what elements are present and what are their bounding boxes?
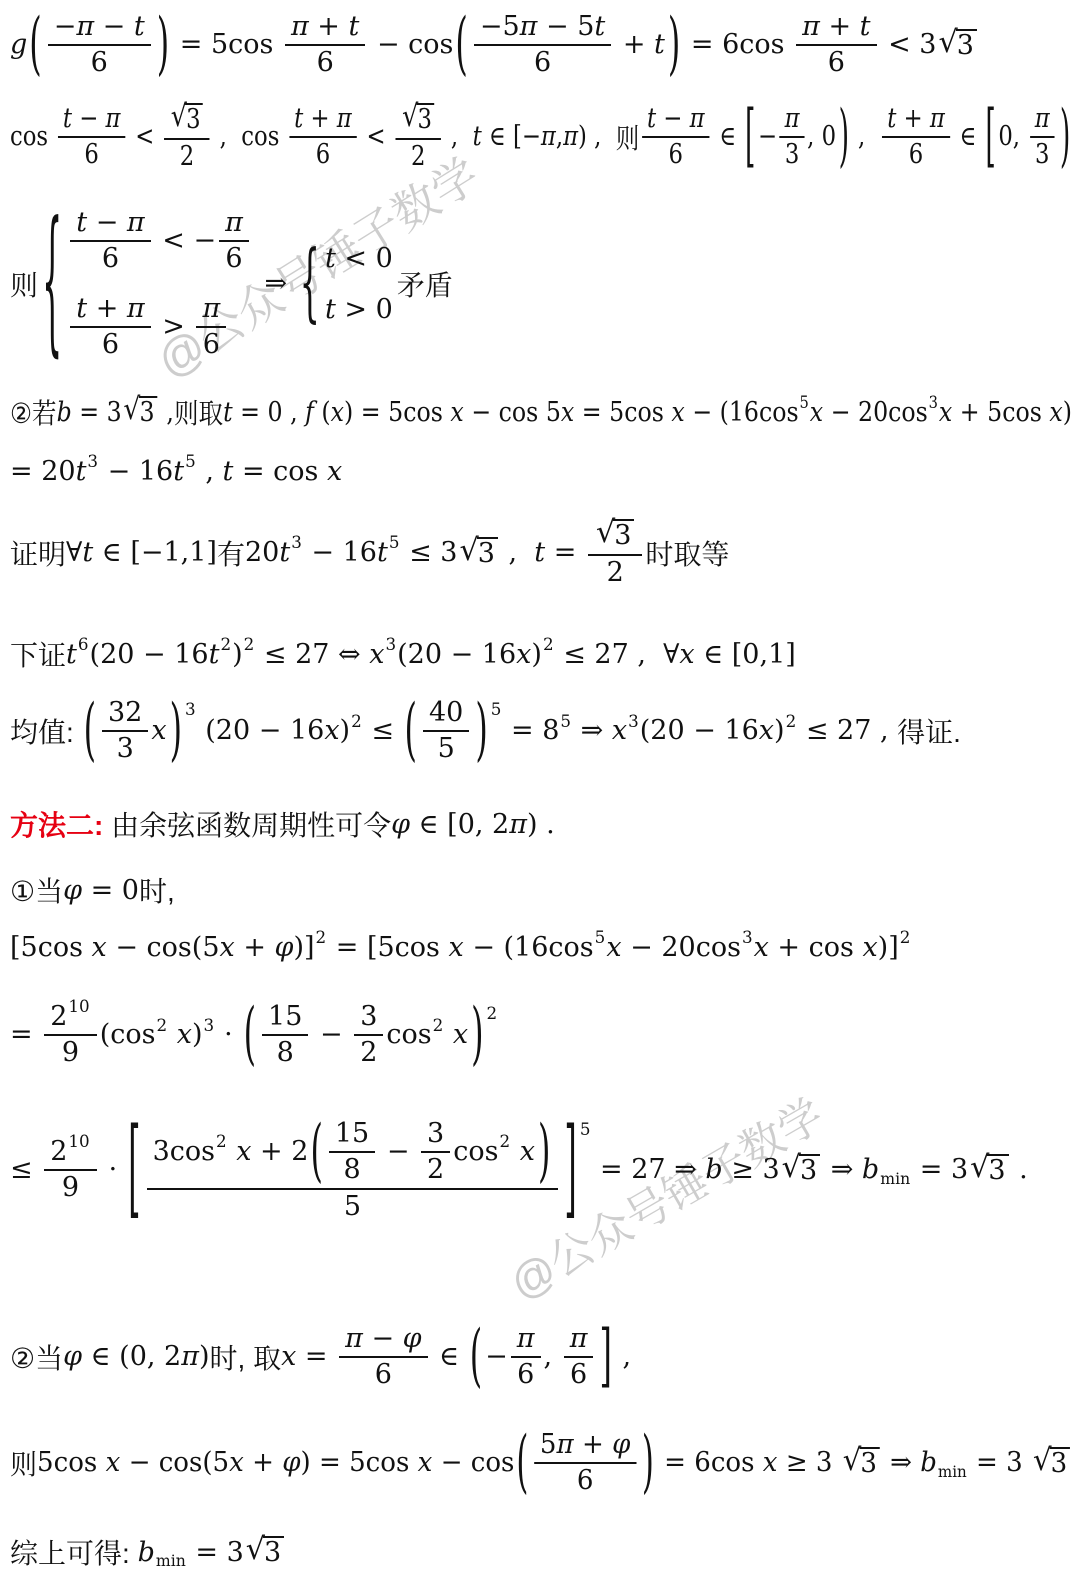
math-text: 32 bbox=[108, 699, 142, 727]
math-text: 2 bbox=[786, 711, 797, 731]
math-text: ) bbox=[199, 1341, 210, 1372]
fraction: 158 bbox=[329, 1119, 375, 1185]
superscript: 5 bbox=[580, 1119, 591, 1139]
numerator: 15 bbox=[262, 1002, 308, 1036]
math-text: 3 bbox=[427, 1120, 444, 1148]
math-text: 10 bbox=[68, 998, 89, 1016]
line-6: 证明∀t ∈ [−1,1]有20t3 − 16t5 ≤ 3√3 , t = √3… bbox=[10, 518, 729, 587]
math-variable: x bbox=[327, 456, 342, 487]
cases-group: {t < 0t > 0 bbox=[300, 243, 393, 325]
fraction: π6 bbox=[564, 1324, 594, 1390]
line-5: = 20t3 − 16t5 , t = cos x bbox=[10, 456, 342, 487]
fraction: π + t6 bbox=[796, 12, 876, 78]
superscript: 10 bbox=[68, 1133, 89, 1151]
math-text: ) bbox=[232, 639, 243, 670]
square-root: √3 bbox=[1033, 1447, 1070, 1479]
denominator: 5 bbox=[338, 1190, 367, 1221]
math-text: ≤ bbox=[363, 715, 403, 746]
cases-row: t > 0 bbox=[325, 294, 393, 325]
math-text: ) bbox=[340, 715, 351, 746]
math-variable: x bbox=[810, 397, 823, 428]
math-variable: x bbox=[324, 715, 339, 746]
math-text: [5cos bbox=[10, 932, 92, 963]
denominator: 6 bbox=[85, 46, 114, 77]
math-variable: x bbox=[671, 397, 684, 428]
math-text: 2 bbox=[360, 1039, 377, 1067]
math-text: (20 − 16 bbox=[197, 715, 325, 746]
numerator: π bbox=[511, 1324, 541, 1358]
math-variable: b bbox=[862, 1154, 879, 1185]
math-text: 3 bbox=[185, 699, 196, 719]
superscript: 2 bbox=[216, 1133, 227, 1151]
math-text: (cos bbox=[100, 1019, 156, 1050]
math-text: − (16cos bbox=[685, 397, 799, 428]
chinese-text: 有 bbox=[217, 533, 245, 573]
chinese-text: 均值: bbox=[10, 711, 82, 751]
radicand: 3 bbox=[139, 396, 158, 428]
math-text: + bbox=[574, 1431, 612, 1459]
numerator: π bbox=[564, 1324, 594, 1358]
math-variable: g bbox=[10, 29, 27, 60]
square-root: √3 bbox=[123, 396, 157, 428]
superscript: 2 bbox=[900, 927, 911, 947]
fraction: 2109 bbox=[44, 1137, 96, 1203]
fraction: 2109 bbox=[44, 1002, 96, 1068]
radicand: 3 bbox=[613, 519, 634, 551]
denominator: 3 bbox=[111, 732, 140, 763]
math-variable: t bbox=[325, 294, 336, 325]
math-variable: b bbox=[138, 1537, 155, 1568]
math-variable: x bbox=[520, 1138, 535, 1166]
bracket-group: (−π6, π6] bbox=[470, 1324, 612, 1390]
math-text: 3 bbox=[1035, 141, 1049, 169]
math-text: ) bbox=[192, 1019, 203, 1050]
math-text: 15 bbox=[335, 1120, 369, 1148]
math-text: ≤ 27 , bbox=[797, 715, 897, 746]
superscript: 2 bbox=[351, 711, 362, 731]
chinese-text: 时, 取 bbox=[210, 1337, 282, 1377]
math-text: ) = 5cos bbox=[300, 1447, 417, 1478]
square-root: √3 bbox=[843, 1447, 880, 1479]
math-text: ⇒ bbox=[822, 1154, 862, 1185]
math-text: 3 bbox=[614, 521, 631, 551]
math-variable: t bbox=[173, 456, 184, 487]
open-bracket: [ bbox=[745, 102, 755, 170]
math-text bbox=[444, 1019, 453, 1050]
open-bracket: ( bbox=[84, 697, 96, 765]
denominator: 6 bbox=[369, 1358, 398, 1389]
math-text: − cos 5 bbox=[464, 397, 561, 428]
math-variable: t bbox=[279, 537, 290, 568]
numerator: 3cos2 x + 2(158 − 32cos2 x) bbox=[147, 1118, 559, 1190]
math-variable: t bbox=[76, 456, 87, 487]
radicand: 3 bbox=[263, 1536, 284, 1568]
math-variable: π bbox=[520, 13, 538, 41]
denominator: 2 bbox=[406, 140, 431, 171]
numerator: 210 bbox=[44, 1002, 96, 1036]
math-variable: φ bbox=[275, 932, 294, 963]
math-text: ≤ 27 , ∀ bbox=[555, 639, 680, 670]
fraction: t − π6 bbox=[58, 104, 126, 170]
subscript: min bbox=[938, 1462, 967, 1481]
chinese-text: 时, bbox=[139, 870, 175, 910]
superscript: 6 bbox=[78, 634, 89, 654]
math-text: , bbox=[500, 537, 534, 568]
line-4: ②若b = 3√3 ,则取t = 0 , f (x) = 5cos x − co… bbox=[10, 392, 1072, 432]
math-variable: x bbox=[331, 397, 344, 428]
math-variable: t bbox=[82, 537, 93, 568]
bracket-group: (323x) bbox=[84, 698, 182, 764]
math-text: − cos(5 bbox=[107, 932, 220, 963]
superscript: 3 bbox=[291, 532, 302, 552]
open-bracket: ( bbox=[455, 11, 467, 79]
math-text: 3 bbox=[785, 141, 799, 169]
fraction: √32 bbox=[164, 102, 210, 171]
denominator: 6 bbox=[564, 1358, 593, 1389]
numerator: t − π bbox=[642, 104, 710, 138]
fraction: 32 bbox=[354, 1002, 383, 1068]
denominator: 6 bbox=[96, 328, 125, 359]
math-text: ∈ [−1,1] bbox=[93, 537, 217, 568]
radicand: 3 bbox=[477, 537, 498, 569]
math-text: 3 bbox=[742, 927, 753, 947]
math-variable: π + t bbox=[291, 13, 359, 41]
bracket-group: (−5π − 5t6 + t) bbox=[455, 12, 680, 78]
numerator: π bbox=[780, 104, 805, 138]
open-bracket: ( bbox=[244, 1001, 256, 1069]
math-text: 3 bbox=[87, 451, 98, 471]
chinese-text: 则 bbox=[616, 117, 640, 157]
numerator: −π − t bbox=[48, 12, 151, 46]
math-variable: π bbox=[202, 295, 220, 323]
denominator: 6 bbox=[219, 242, 248, 273]
math-text: 0, bbox=[998, 121, 1027, 152]
bracket-group: [−π3, 0) bbox=[745, 104, 849, 170]
open-bracket: ( bbox=[310, 1118, 322, 1186]
math-variable: t bbox=[223, 397, 233, 428]
math-text: − bbox=[311, 1019, 351, 1050]
close-bracket: ) bbox=[839, 102, 849, 170]
cases-row: t − π6 < −π6 bbox=[67, 208, 252, 274]
math-text: 10 bbox=[68, 1133, 89, 1151]
math-variable: x bbox=[606, 932, 621, 963]
math-variable: x bbox=[449, 932, 464, 963]
math-variable: t bbox=[534, 537, 545, 568]
math-text: −5 bbox=[480, 13, 520, 41]
math-text: + cos bbox=[769, 932, 863, 963]
fraction: −π − t6 bbox=[48, 12, 151, 78]
bracket-content: 0, π3 bbox=[996, 104, 1060, 170]
open-bracket: ( bbox=[516, 1429, 528, 1497]
math-variable: x bbox=[418, 1447, 433, 1478]
math-text: 6 bbox=[78, 634, 89, 654]
math-text: = bbox=[545, 537, 585, 568]
square-root: √3 bbox=[246, 1536, 284, 1568]
numerator: 40 bbox=[423, 698, 469, 732]
numerator: t − π bbox=[70, 208, 150, 242]
math-text: = 3 bbox=[968, 1447, 1031, 1478]
math-variable: π + t bbox=[802, 13, 870, 41]
math-variable: x bbox=[92, 932, 107, 963]
math-variable: t bbox=[209, 639, 220, 670]
line-3: 则{t − π6 < −π6t + π6 > π6 ⇒ {t < 0t > 0矛… bbox=[10, 208, 453, 359]
math-text: 3 bbox=[291, 532, 302, 552]
math-text: ≥ 3 bbox=[778, 1447, 841, 1478]
bracket-content: 3cos2 x + 2(158 − 32cos2 x)5 bbox=[141, 1118, 565, 1221]
line-11: [5cos x − cos(5x + φ)]2 = [5cos x − (16c… bbox=[10, 932, 911, 963]
radicand: 3 bbox=[859, 1447, 879, 1479]
math-text: = 27 ⇒ bbox=[591, 1154, 705, 1185]
superscript: 5 bbox=[800, 392, 809, 412]
math-text: + bbox=[614, 29, 654, 60]
fraction: t + π6 bbox=[882, 104, 950, 170]
math-text: , bbox=[159, 397, 174, 428]
close-bracket: ) bbox=[170, 697, 182, 765]
math-text: = 3 bbox=[187, 1537, 244, 1568]
bracket-content: −5π − 5t6 + t bbox=[468, 12, 668, 78]
line-14: ②当φ ∈ (0, 2π)时, 取x = π − φ6 ∈ (−π6, π6] … bbox=[10, 1324, 631, 1390]
math-text: (20 − 16 bbox=[90, 639, 209, 670]
math-text bbox=[228, 1138, 237, 1166]
numerator: 3 bbox=[354, 1002, 383, 1036]
chinese-text: 得证. bbox=[897, 711, 961, 751]
superscript: 2 bbox=[487, 1003, 498, 1023]
math-text: = 6cos bbox=[656, 1447, 763, 1478]
line-9: 方法二: 由余弦函数周期性可令φ ∈ [0, 2π) . bbox=[10, 804, 555, 844]
fraction: π6 bbox=[219, 208, 249, 274]
math-variable: −π − t bbox=[54, 13, 145, 41]
math-text: 2 bbox=[316, 927, 327, 947]
math-text: 2 bbox=[607, 559, 624, 587]
superscript: 3 bbox=[185, 699, 196, 719]
math-variable: x bbox=[939, 397, 952, 428]
math-variable: t bbox=[325, 243, 336, 274]
math-text: − bbox=[485, 1341, 508, 1372]
math-text: 6 bbox=[316, 141, 330, 169]
math-variable: x bbox=[106, 1447, 121, 1478]
math-text: 3 bbox=[204, 1015, 215, 1035]
math-text: − 16 bbox=[99, 456, 173, 487]
math-text: 3 bbox=[417, 105, 431, 135]
denominator: 6 bbox=[511, 1358, 540, 1389]
math-text: ⇒ bbox=[256, 268, 296, 299]
math-text: , bbox=[544, 1341, 561, 1372]
math-text: 3 bbox=[117, 735, 134, 763]
superscript: 5 bbox=[389, 532, 400, 552]
math-text: , bbox=[614, 1341, 631, 1372]
fraction: 158 bbox=[262, 1002, 308, 1068]
superscript: 2 bbox=[433, 1015, 444, 1035]
chinese-text: ①当 bbox=[10, 870, 63, 910]
subscript: min bbox=[880, 1169, 910, 1188]
math-text: 2 bbox=[180, 143, 194, 171]
math-text: 6 bbox=[375, 1361, 392, 1389]
line-12: = 2109(cos2 x)3 ⋅ (158 − 32cos2 x)2 bbox=[10, 1002, 498, 1068]
bracket-content: −π3, 0 bbox=[756, 104, 839, 170]
math-text: 6 bbox=[517, 1361, 534, 1389]
line-1: g(−π − t6) = 5cos π + t6 − cos(−5π − 5t6… bbox=[10, 12, 979, 78]
math-variable: b bbox=[57, 397, 72, 428]
math-variable: φ bbox=[391, 809, 410, 840]
radicand: 3 bbox=[1050, 1447, 1070, 1479]
numerator: 5π + φ bbox=[534, 1430, 636, 1464]
math-text: > bbox=[154, 311, 194, 342]
bracket-content: 5π + φ6 bbox=[528, 1430, 642, 1496]
math-text: (20 − 16 bbox=[397, 639, 516, 670]
math-text: = 0 bbox=[82, 875, 139, 906]
math-text: 3 bbox=[478, 539, 495, 569]
numerator: t + π bbox=[882, 104, 950, 138]
math-text: 9 bbox=[62, 1174, 79, 1202]
math-text: ∈ (0, 2 bbox=[82, 1341, 181, 1372]
math-variable: x bbox=[763, 1447, 778, 1478]
math-text: + bbox=[235, 932, 275, 963]
math-text: , cos bbox=[212, 121, 286, 152]
fraction: 405 bbox=[423, 698, 469, 764]
close-bracket: ) bbox=[538, 1118, 550, 1186]
numerator: −5π − 5t bbox=[474, 12, 611, 46]
math-text: 2 bbox=[499, 1133, 510, 1151]
math-text: 5 bbox=[389, 532, 400, 552]
math-text: 6 bbox=[909, 141, 923, 169]
math-text: ) = 5cos bbox=[344, 397, 450, 428]
superscript: 3 bbox=[87, 451, 98, 471]
math-text: 3 bbox=[988, 1156, 1005, 1186]
math-text: 6 bbox=[317, 49, 334, 77]
math-variable: π bbox=[563, 121, 578, 152]
math-text: )] bbox=[878, 932, 899, 963]
math-variable: x bbox=[281, 1341, 296, 1372]
bracket-content: 158 − 32cos2 x bbox=[323, 1119, 538, 1185]
math-text: ) bbox=[774, 715, 785, 746]
superscript: 2 bbox=[220, 634, 231, 654]
math-text: 2 bbox=[900, 927, 911, 947]
math-text: − bbox=[758, 121, 777, 152]
line-7: 下证t6(20 − 16t2)2 ≤ 27 ⇔ x3(20 − 16x)2 ≤ … bbox=[10, 634, 796, 674]
open-bracket: [ bbox=[985, 102, 995, 170]
math-variable: x bbox=[151, 715, 166, 746]
math-variable: x bbox=[679, 639, 694, 670]
math-text: min bbox=[938, 1462, 967, 1481]
fraction: π6 bbox=[511, 1324, 541, 1390]
math-text: ∈ [0,1] bbox=[695, 639, 796, 670]
numerator: π + t bbox=[796, 12, 876, 46]
math-variable: x bbox=[220, 932, 235, 963]
math-text: − bbox=[378, 1138, 418, 1166]
fraction: π3 bbox=[1030, 104, 1055, 170]
math-variable: π bbox=[509, 809, 527, 840]
denominator: 6 bbox=[96, 242, 125, 273]
square-root: √3 bbox=[970, 1154, 1008, 1186]
math-text: 5cos bbox=[37, 1447, 106, 1478]
math-text: < 3 bbox=[880, 29, 937, 60]
math-text: = 5cos bbox=[171, 29, 282, 60]
close-bracket: ] bbox=[564, 1116, 576, 1223]
denominator: 6 bbox=[311, 138, 336, 169]
chinese-text: 证明 bbox=[10, 533, 66, 573]
math-text: 2 bbox=[50, 1003, 67, 1031]
denominator: 2 bbox=[354, 1036, 383, 1067]
math-text: ∈ [− bbox=[482, 121, 541, 152]
cases-group: {t − π6 < −π6t + π6 > π6 bbox=[42, 208, 252, 359]
superscript: 5 bbox=[185, 451, 196, 471]
math-text: 3 bbox=[860, 1449, 877, 1479]
math-text: = 3 bbox=[72, 397, 122, 428]
superscript: 3 bbox=[929, 392, 938, 412]
math-text: 3 bbox=[385, 634, 396, 654]
math-variable: x bbox=[450, 397, 463, 428]
fraction: √32 bbox=[395, 102, 441, 171]
fraction: 5π + φ6 bbox=[534, 1430, 636, 1496]
bracket-group: [0, π3) bbox=[985, 104, 1070, 170]
superscript: 2 bbox=[156, 1015, 167, 1035]
math-text: − 5 bbox=[537, 13, 594, 41]
math-text: 3 bbox=[264, 1538, 281, 1568]
math-text: 2 bbox=[244, 634, 255, 654]
math-text: ≥ 3 bbox=[723, 1154, 780, 1185]
math-variable: π bbox=[225, 209, 243, 237]
math-variable: b bbox=[920, 1447, 937, 1478]
close-bracket: ] bbox=[599, 1323, 611, 1391]
math-text: (20 − 16 bbox=[640, 715, 759, 746]
denominator: 8 bbox=[271, 1036, 300, 1067]
math-variable: b bbox=[705, 1154, 722, 1185]
line-16: 综上可得: bmin = 3√3 bbox=[10, 1532, 286, 1572]
open-bracket: ( bbox=[470, 1323, 482, 1391]
numerator: t − π bbox=[58, 104, 126, 138]
math-text: ∈ [0, 2 bbox=[410, 809, 509, 840]
denominator: 6 bbox=[571, 1464, 599, 1495]
numerator: √3 bbox=[164, 102, 210, 140]
math-text: 6 bbox=[225, 245, 242, 273]
math-text: 3 bbox=[186, 105, 200, 135]
math-variable: π bbox=[570, 1325, 588, 1353]
fraction: π6 bbox=[196, 294, 226, 360]
math-variable: x bbox=[759, 715, 774, 746]
math-text: = 5cos bbox=[574, 397, 671, 428]
math-variable: t bbox=[66, 639, 77, 670]
math-text: ⋅ bbox=[215, 1019, 241, 1050]
math-text: , 0 bbox=[807, 121, 836, 152]
math-text: 3 bbox=[929, 392, 938, 412]
square-root: √3 bbox=[171, 103, 203, 135]
radicand: 3 bbox=[799, 1154, 820, 1186]
math-text: = 8 bbox=[502, 715, 559, 746]
denominator: 9 bbox=[56, 1171, 85, 1202]
math-text: ) bbox=[1063, 397, 1072, 428]
math-text: cos bbox=[453, 1138, 498, 1166]
numerator: √3 bbox=[395, 102, 441, 140]
numerator: 15 bbox=[329, 1119, 375, 1153]
square-root: √3 bbox=[596, 519, 634, 551]
math-text: ∀ bbox=[66, 537, 82, 568]
fraction: −5π − 5t6 bbox=[474, 12, 611, 78]
bracket-group: (158 − 32cos2 x) bbox=[310, 1119, 550, 1185]
math-variable: x bbox=[236, 1138, 251, 1166]
math-text: + bbox=[244, 1447, 282, 1478]
math-text: 2 bbox=[351, 711, 362, 731]
bracket-content: 158 − 32cos2 x bbox=[256, 1002, 471, 1068]
denominator: 3 bbox=[1030, 138, 1055, 169]
math-variable: π bbox=[557, 1431, 574, 1459]
radicand: 3 bbox=[987, 1154, 1008, 1186]
math-variable: x bbox=[177, 1019, 192, 1050]
cases-brace-icon: { bbox=[300, 241, 320, 326]
math-text: , bbox=[197, 456, 223, 487]
math-text: > 0 bbox=[336, 294, 393, 325]
superscript: 2 bbox=[786, 711, 797, 731]
math-text: )] bbox=[293, 932, 314, 963]
